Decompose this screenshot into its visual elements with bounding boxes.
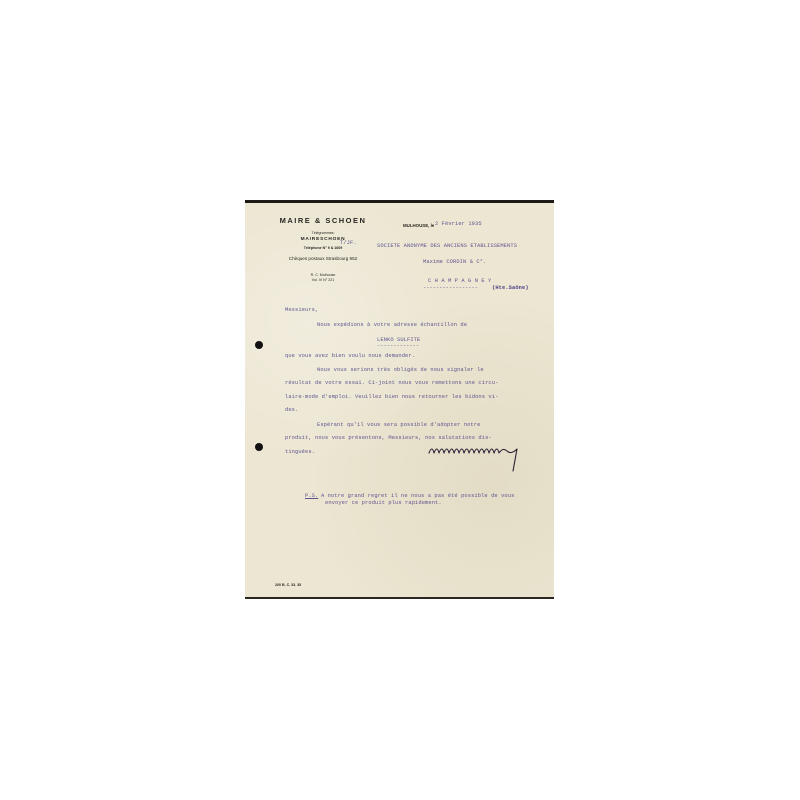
telegram-address: MAIRESCHOEN — [263, 237, 383, 242]
telephone: Téléphone N° 9 & 1609 — [263, 246, 383, 250]
recipient-line-1: SOCIETE ANONYME DES ANCIENS ETABLISSEMEN… — [377, 243, 517, 249]
register: R. C. Mulhouse — [263, 273, 383, 277]
postscript-label: P.S. — [305, 493, 318, 499]
body-p2-line4: des. — [285, 407, 298, 413]
signature — [425, 435, 545, 475]
letter-page: MAIRE & SCHOEN Télégrammes: MAIRESCHOEN … — [245, 200, 554, 599]
place-label: MULHOUSE, le — [403, 223, 434, 228]
letter-date: 2 Février 1935 — [435, 221, 482, 227]
recipient-region: (Hte.Saône) — [492, 285, 529, 291]
postal-account: Chèques postaux Strasbourg 952 — [263, 256, 383, 261]
footer-printer-code: 200 B. C. 33. 35 — [275, 583, 301, 587]
recipient-line-2: Maxime CORDIN & C°. — [423, 259, 486, 265]
punch-hole-bottom — [255, 443, 263, 451]
product-underline: ------------- — [377, 343, 419, 349]
body-p2-line2: résultat de votre essai. Ci-joint nous v… — [285, 380, 498, 386]
postscript-line2: envoyer ce produit plus rapidement. — [325, 500, 442, 506]
body-p3-line1: Espérant qu'il vous sera possible d'adop… — [317, 422, 480, 428]
recipient-city: C H A M P A G N E Y — [428, 278, 491, 284]
body-p2-line1: Nous vous serions très obligés de nous s… — [317, 367, 484, 373]
recipient-city-underline: ----------------- — [423, 285, 478, 291]
body-p3-line3: tinguées. — [285, 449, 315, 455]
body-p1-line1: Nous expédions à votre adresse échantill… — [317, 322, 467, 328]
register-volume: Vol. IV N° 221 — [263, 278, 383, 282]
postscript-line1: A notre grand regret il ne nous a pas ét… — [321, 493, 514, 499]
telegram-label: Télégrammes: — [263, 231, 383, 235]
company-name: MAIRE & SCHOEN — [263, 216, 383, 225]
salutation: Messieurs, — [285, 307, 318, 313]
reference: T/JF. — [340, 240, 357, 246]
punch-hole-top — [255, 341, 263, 349]
body-p2-line3: laire-mode d'emploi. Veuillez bien nous … — [285, 394, 498, 400]
body-p1-line2: que vous avez bien voulu nous demander. — [285, 353, 415, 359]
